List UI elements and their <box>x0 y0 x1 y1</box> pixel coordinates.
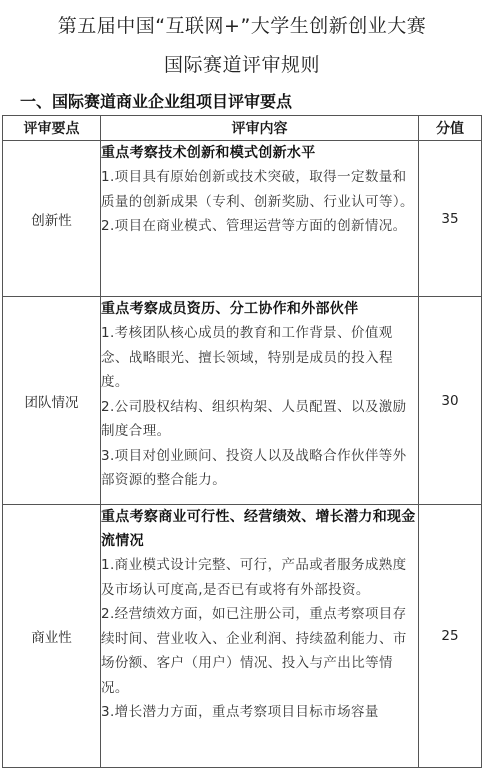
evaluation-content: 重点考察商业可行性、经营绩效、增长潜力和现金流情况 1.商业模式设计完整、可行，… <box>101 505 419 768</box>
content-headline: 重点考察技术创新和模式创新水平 <box>101 141 418 165</box>
header-evaluation-point: 评审要点 <box>3 116 101 141</box>
content-item: 1.项目具有原始创新或技术突破，取得一定数量和质量的创新成果（专利、创新奖励、行… <box>101 165 418 214</box>
content-item: 3.增长潜力方面，重点考察项目目标市场容量 <box>101 700 418 725</box>
header-score: 分值 <box>419 116 482 141</box>
content-item: 2.经营绩效方面，如已注册公司，重点考察项目存续时间、营业收入、企业利润、持续盈… <box>101 602 418 700</box>
content-item: 1.商业模式设计完整、可行，产品或者服务成熟度及市场认可度高,是否已有或将有外部… <box>101 553 418 602</box>
score-value: 25 <box>419 505 482 768</box>
table-row: 商业性 重点考察商业可行性、经营绩效、增长潜力和现金流情况 1.商业模式设计完整… <box>3 505 482 768</box>
document-subtitle: 国际赛道评审规则 <box>0 50 484 77</box>
content-headline: 重点考察成员资历、分工协作和外部伙伴 <box>101 297 418 321</box>
evaluation-table: 评审要点 评审内容 分值 创新性 重点考察技术创新和模式创新水平 1.项目具有原… <box>2 115 482 768</box>
content-item: 3.项目对创业顾问、投资人以及战略合作伙伴等外部资源的整合能力。 <box>101 444 418 493</box>
table-row: 团队情况 重点考察成员资历、分工协作和外部伙伴 1.考核团队核心成员的教育和工作… <box>3 297 482 505</box>
evaluation-content: 重点考察成员资历、分工协作和外部伙伴 1.考核团队核心成员的教育和工作背景、价值… <box>101 297 419 505</box>
content-headline: 重点考察商业可行性、经营绩效、增长潜力和现金流情况 <box>101 505 418 553</box>
evaluation-content: 重点考察技术创新和模式创新水平 1.项目具有原始创新或技术突破，取得一定数量和质… <box>101 141 419 297</box>
table-header-row: 评审要点 评审内容 分值 <box>3 116 482 141</box>
document-title: 第五届中国“互联网+”大学生创新创业大赛 <box>0 11 484 38</box>
evaluation-point: 团队情况 <box>3 297 101 505</box>
content-item: 2.公司股权结构、组织构架、人员配置、以及激励制度合理。 <box>101 395 418 444</box>
header-evaluation-content: 评审内容 <box>101 116 419 141</box>
evaluation-point: 商业性 <box>3 505 101 768</box>
evaluation-point: 创新性 <box>3 141 101 297</box>
score-value: 30 <box>419 297 482 505</box>
content-item: 1.考核团队核心成员的教育和工作背景、价值观念、战略眼光、擅长领域，特别是成员的… <box>101 321 418 395</box>
content-item: 2.项目在商业模式、管理运营等方面的创新情况。 <box>101 214 418 239</box>
score-value: 35 <box>419 141 482 297</box>
section-heading: 一、国际赛道商业企业组项目评审要点 <box>20 89 292 112</box>
table-row: 创新性 重点考察技术创新和模式创新水平 1.项目具有原始创新或技术突破，取得一定… <box>3 141 482 297</box>
